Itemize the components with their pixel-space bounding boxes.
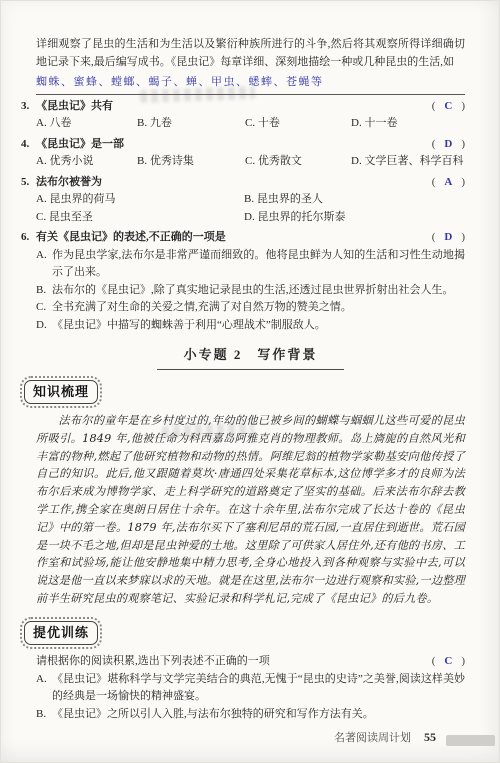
page-footer: 名著阅读周计划 55 — [334, 729, 436, 748]
question-number: 6. — [21, 229, 29, 247]
bracket-open: ( — [432, 100, 436, 112]
options-row: A. 八卷 B. 九卷 C. 十卷 D. 十一卷 — [36, 115, 465, 133]
bracket-open: ( — [432, 176, 436, 188]
question-stem: 法布尔被誉为 — [36, 174, 102, 192]
option-d: D.《昆虫记》中描写的蜘蛛善于利用“心理战术”制服敌人。 — [36, 317, 465, 335]
option-text: 十一卷 — [364, 117, 397, 129]
option-label: D. — [36, 317, 47, 335]
option-a: A. 优秀小说 — [36, 153, 137, 171]
option-label: B. — [137, 155, 147, 167]
answer-slot: (D) — [432, 229, 465, 247]
answer-letter: D — [444, 138, 452, 150]
option-text: 作为昆虫学家,法布尔是非常严谨而细致的。他将昆虫鲜为人知的生活和习性生动地揭示了… — [52, 249, 465, 279]
option-text: 八卷 — [49, 117, 71, 129]
question-6: 6. 有关《昆虫记》的表述,不正确的一项是 (D) A.作为昆虫学家,法布尔是非… — [36, 229, 465, 334]
option-label: A. — [36, 117, 47, 129]
training-badge: 提优训练 — [24, 621, 98, 646]
option-a: A. 八卷 — [36, 115, 137, 133]
option-text: 《昆虫记》中描写的蜘蛛善于利用“心理战术”制服敌人。 — [52, 319, 326, 331]
bracket-close: ) — [461, 100, 465, 112]
option-text: 优秀散文 — [258, 155, 302, 167]
options-row: A. 优秀小说 B. 优秀诗集 C. 优秀散文 D. 文学巨著、科学百科 — [36, 153, 465, 171]
page-edge-tab — [446, 735, 495, 746]
training-badge-row: 提优训练 — [24, 621, 465, 646]
answer-letter: D — [444, 231, 452, 243]
footer-series-title: 名著阅读周计划 — [334, 730, 411, 748]
option-text: 九卷 — [150, 117, 172, 129]
option-d: D. 文学巨著、科学百科 — [351, 153, 465, 171]
bracket-open: ( — [432, 231, 436, 243]
answer-letter: A — [444, 176, 452, 188]
answer-slot: (C) — [432, 98, 465, 116]
option-c: C. 昆虫至圣 — [36, 209, 244, 227]
option-text: 《昆虫记》之所以引人入胜,与法布尔独特的研究和写作方法有关。 — [52, 708, 374, 720]
option-text: 昆虫至圣 — [49, 211, 93, 223]
workbook-page: 详细观察了昆虫的生活和为生活以及繁衍种族所进行的斗争,然后将其观察所得详细确切地… — [0, 0, 500, 763]
option-label: A. — [36, 193, 47, 205]
option-c: C. 优秀散文 — [245, 153, 351, 171]
page-content: 详细观察了昆虫的生活和为生活以及繁衍种族所进行的斗争,然后将其观察所得详细确切地… — [36, 36, 465, 723]
option-b: B. 昆虫界的圣人 — [244, 191, 465, 209]
option-b: B.《昆虫记》之所以引人入胜,与法布尔独特的研究和写作方法有关。 — [36, 706, 465, 724]
knowledge-paragraph: 法布尔的童年是在乡村度过的,年幼的他已被乡间的蝴蝶与蝈蝈儿这些可爱的昆虫所吸引。… — [36, 412, 465, 608]
option-text: 昆虫界的荷马 — [49, 193, 115, 205]
option-b: B.法布尔的《昆虫记》,除了真实地记录昆虫的生活,还透过昆虫世界折射出社会人生。 — [36, 282, 465, 300]
option-label: B. — [36, 706, 46, 724]
question-6-head: 6. 有关《昆虫记》的表述,不正确的一项是 (D) — [36, 229, 465, 247]
training-prompt: 请根据你的阅读积累,选出下列表述不正确的一项 — [36, 653, 270, 671]
answer-letter: C — [444, 655, 452, 667]
bracket-open: ( — [432, 655, 436, 667]
question-stem: 有关《昆虫记》的表述,不正确的一项是 — [36, 229, 226, 247]
answer-slot: (C) — [432, 653, 465, 671]
answer-slot: (A) — [432, 174, 465, 192]
question-number: 5. — [21, 174, 29, 192]
question-3: 3. 《昆虫记》共有 (C) A. 八卷 B. 九卷 C. 十卷 D. 十一卷 — [36, 98, 465, 133]
question-5-head: 5. 法布尔被誉为 (A) — [36, 174, 465, 192]
options-row: A. 昆虫界的荷马 B. 昆虫界的圣人 C. 昆虫至圣 D. 昆虫界的托尔斯泰 — [36, 191, 465, 226]
fill-in-answer: 蜘蛛、蜜蜂、螳螂、蝎子、蝉、甲虫、蟋蟀、苍蝇等 — [36, 73, 465, 95]
option-d: D. 十一卷 — [351, 115, 465, 133]
option-label: B. — [36, 282, 46, 300]
question-stem: 《昆虫记》共有 — [36, 98, 113, 116]
bracket-close: ) — [461, 231, 465, 243]
option-text: 优秀小说 — [49, 155, 93, 167]
question-number: 4. — [21, 136, 29, 154]
question-number: 3. — [21, 98, 29, 116]
option-text: 优秀诗集 — [150, 155, 194, 167]
option-c: C. 十卷 — [245, 115, 351, 133]
option-label: A. — [36, 247, 47, 265]
option-label: A. — [36, 155, 47, 167]
intro-paragraph: 详细观察了昆虫的生活和为生活以及繁衍种族所进行的斗争,然后将其观察所得详细确切地… — [36, 36, 465, 71]
option-label: A. — [36, 671, 47, 689]
answer-letter: C — [444, 100, 452, 112]
option-b: B. 优秀诗集 — [137, 153, 245, 171]
knowledge-badge-row: 知识梳理 — [24, 380, 465, 405]
option-label: C. — [36, 299, 46, 317]
option-text: 昆虫界的圣人 — [257, 193, 323, 205]
question-3-head: 3. 《昆虫记》共有 (C) — [36, 98, 465, 116]
option-text: 《昆虫记》堪称科学与文学完美结合的典范,无愧于“昆虫的史诗”之美誉,阅读这样美妙… — [52, 673, 465, 703]
option-label: D. — [244, 211, 255, 223]
option-text: 昆虫界的托尔斯泰 — [257, 211, 345, 223]
bracket-close: ) — [461, 138, 465, 150]
option-text: 十卷 — [258, 117, 280, 129]
option-label: C. — [245, 155, 255, 167]
question-stem: 《昆虫记》是一部 — [36, 136, 124, 154]
bracket-close: ) — [461, 655, 465, 667]
option-label: C. — [36, 211, 46, 223]
section-title-text: 小专题 2 写作背景 — [157, 346, 345, 370]
question-5: 5. 法布尔被誉为 (A) A. 昆虫界的荷马 B. 昆虫界的圣人 C. 昆虫至… — [36, 174, 465, 227]
option-label: D. — [351, 155, 362, 167]
option-text: 法布尔的《昆虫记》,除了真实地记录昆虫的生活,还透过昆虫世界折射出社会人生。 — [52, 284, 454, 296]
bracket-close: ) — [461, 176, 465, 188]
option-a: A.作为昆虫学家,法布尔是非常严谨而细致的。他将昆虫鲜为人知的生活和习性生动地揭… — [36, 247, 465, 282]
page-number: 55 — [424, 729, 436, 747]
training-question-head: 请根据你的阅读积累,选出下列表述不正确的一项 (C) — [36, 653, 465, 671]
answer-slot: (D) — [432, 136, 465, 154]
training-question: 请根据你的阅读积累,选出下列表述不正确的一项 (C) A.《昆虫记》堪称科学与文… — [36, 653, 465, 723]
knowledge-badge: 知识梳理 — [24, 380, 98, 405]
option-label: B. — [137, 117, 147, 129]
bracket-open: ( — [432, 138, 436, 150]
option-label: B. — [244, 193, 254, 205]
option-c: C.全书充满了对生命的关爱之情,充满了对自然万物的赞美之情。 — [36, 299, 465, 317]
option-text: 全书充满了对生命的关爱之情,充满了对自然万物的赞美之情。 — [52, 301, 352, 313]
option-a: A. 昆虫界的荷马 — [36, 191, 244, 209]
option-label: D. — [351, 117, 362, 129]
question-4: 4. 《昆虫记》是一部 (D) A. 优秀小说 B. 优秀诗集 C. 优秀散文 … — [36, 136, 465, 171]
option-label: C. — [245, 117, 255, 129]
option-text: 文学巨著、科学百科 — [364, 155, 463, 167]
option-b: B. 九卷 — [137, 115, 245, 133]
option-d: D. 昆虫界的托尔斯泰 — [244, 209, 465, 227]
question-4-head: 4. 《昆虫记》是一部 (D) — [36, 136, 465, 154]
section-title: 小专题 2 写作背景 — [36, 346, 465, 370]
option-a: A.《昆虫记》堪称科学与文学完美结合的典范,无愧于“昆虫的史诗”之美誉,阅读这样… — [36, 671, 465, 706]
